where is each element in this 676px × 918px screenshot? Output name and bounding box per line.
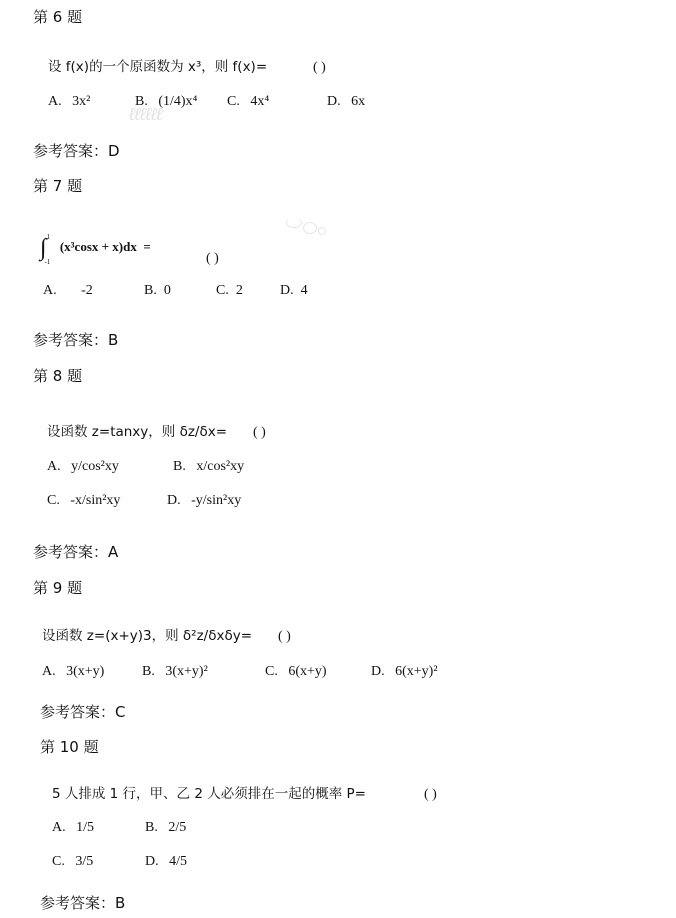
option-label: B. (142, 664, 155, 679)
option-text: -2 (81, 283, 93, 298)
answer-label: 参考答案： (40, 894, 115, 912)
option-label: C. (47, 493, 60, 508)
answer-blank: ( ) (206, 252, 219, 266)
option-label: A. (43, 283, 57, 298)
option-text: 4 (301, 283, 308, 298)
answer-value: B (115, 894, 125, 912)
option-text: (1/4)x⁴ (158, 94, 197, 109)
option-b[interactable]: B. 2/5 (145, 821, 186, 835)
equals-sign: = (143, 239, 150, 254)
option-c[interactable]: C. 6(x+y) (265, 665, 327, 679)
option-label: B. (145, 820, 158, 835)
option-text: 6(x+y)² (395, 664, 437, 679)
question-stem: 设函数 z=(x+y)3，则 δ²z/δxδy= (42, 630, 252, 644)
question-stem: 设函数 z=tanxy，则 δz/δx= (47, 426, 227, 440)
option-a[interactable]: A. y/cos²xy (47, 460, 119, 474)
option-label: C. (265, 664, 278, 679)
question-title: 第 10 题 (40, 740, 99, 755)
answer-label: 参考答案： (33, 543, 108, 561)
option-label: D. (167, 493, 181, 508)
option-text: x/cos²xy (196, 459, 244, 474)
option-text: 3/5 (75, 854, 93, 869)
option-a[interactable]: A. 1/5 (52, 821, 94, 835)
watermark-circle (318, 227, 326, 235)
option-d[interactable]: D. 4 (280, 284, 308, 298)
question-stem: 设 f(x)的一个原函数为 x³，则 f(x)= (48, 61, 267, 75)
question-stem: 5 人排成 1 行，甲、乙 2 人必须排在一起的概率 P= (52, 788, 366, 802)
option-b[interactable]: B. (1/4)x⁴ (135, 95, 197, 109)
option-b[interactable]: B. x/cos²xy (173, 460, 244, 474)
option-c[interactable]: C. 4x⁴ (227, 95, 269, 109)
option-label: A. (52, 820, 66, 835)
option-a[interactable]: A. 3x² (48, 95, 90, 109)
option-a[interactable]: A. 3(x+y) (42, 665, 104, 679)
option-text: 3(x+y) (66, 664, 104, 679)
option-text: -y/sin²xy (191, 493, 241, 508)
option-label: D. (327, 94, 341, 109)
reference-answer: 参考答案：B (33, 333, 118, 348)
answer-value: D (108, 142, 120, 160)
option-d[interactable]: D. 4/5 (145, 855, 187, 869)
answer-blank: ( ) (278, 630, 291, 644)
option-text: 3x² (72, 94, 90, 109)
option-label: B. (144, 283, 157, 298)
answer-value: A (108, 543, 118, 561)
option-text: 2/5 (168, 820, 186, 835)
integral-formula: ∫1-1 (x³cosx + x)dx = (40, 232, 151, 260)
option-c[interactable]: C. 2 (216, 284, 243, 298)
option-b[interactable]: B. 0 (144, 284, 171, 298)
answer-blank: ( ) (253, 426, 266, 440)
answer-blank: ( ) (313, 61, 326, 75)
watermark-circle (286, 218, 302, 228)
integral-limits: 1-1 (47, 236, 57, 260)
option-label: A. (48, 94, 62, 109)
answer-label: 参考答案： (33, 331, 108, 349)
option-text: 2 (236, 283, 243, 298)
option-b[interactable]: B. 3(x+y)² (142, 665, 208, 679)
option-text: 6x (351, 94, 365, 109)
option-label: B. (173, 459, 186, 474)
option-label: D. (371, 664, 385, 679)
option-text: 1/5 (76, 820, 94, 835)
option-text: y/cos²xy (71, 459, 119, 474)
option-label: A. (47, 459, 61, 474)
option-text: 4x⁴ (250, 94, 269, 109)
reference-answer: 参考答案：A (33, 545, 118, 560)
option-label: A. (42, 664, 56, 679)
option-text: 6(x+y) (288, 664, 326, 679)
question-title: 第 7 题 (33, 179, 82, 194)
answer-label: 参考答案： (33, 142, 108, 160)
watermark-circle (303, 222, 317, 234)
option-text: 0 (164, 283, 171, 298)
option-label: C. (216, 283, 229, 298)
option-text: 3(x+y)² (165, 664, 207, 679)
reference-answer: 参考答案：C (40, 705, 126, 720)
option-c[interactable]: C. -x/sin²xy (47, 494, 120, 508)
option-label: D. (280, 283, 294, 298)
option-d[interactable]: D. 6(x+y)² (371, 665, 438, 679)
option-label: C. (227, 94, 240, 109)
option-a[interactable]: A. -2 (43, 284, 93, 298)
option-label: B. (135, 94, 148, 109)
option-c[interactable]: C. 3/5 (52, 855, 93, 869)
answer-value: B (108, 331, 118, 349)
answer-value: C (115, 703, 125, 721)
option-d[interactable]: D. 6x (327, 95, 365, 109)
reference-answer: 参考答案：B (40, 896, 125, 911)
question-title: 第 9 题 (33, 581, 82, 596)
reference-answer: 参考答案：D (33, 144, 120, 159)
option-d[interactable]: D. -y/sin²xy (167, 494, 241, 508)
answer-blank: ( ) (424, 788, 437, 802)
option-label: D. (145, 854, 159, 869)
question-title: 第 6 题 (33, 10, 82, 25)
option-text: 4/5 (169, 854, 187, 869)
option-label: C. (52, 854, 65, 869)
answer-label: 参考答案： (40, 703, 115, 721)
question-title: 第 8 题 (33, 369, 82, 384)
integrand: (x³cosx + x)dx (60, 239, 137, 254)
option-text: -x/sin²xy (70, 493, 120, 508)
